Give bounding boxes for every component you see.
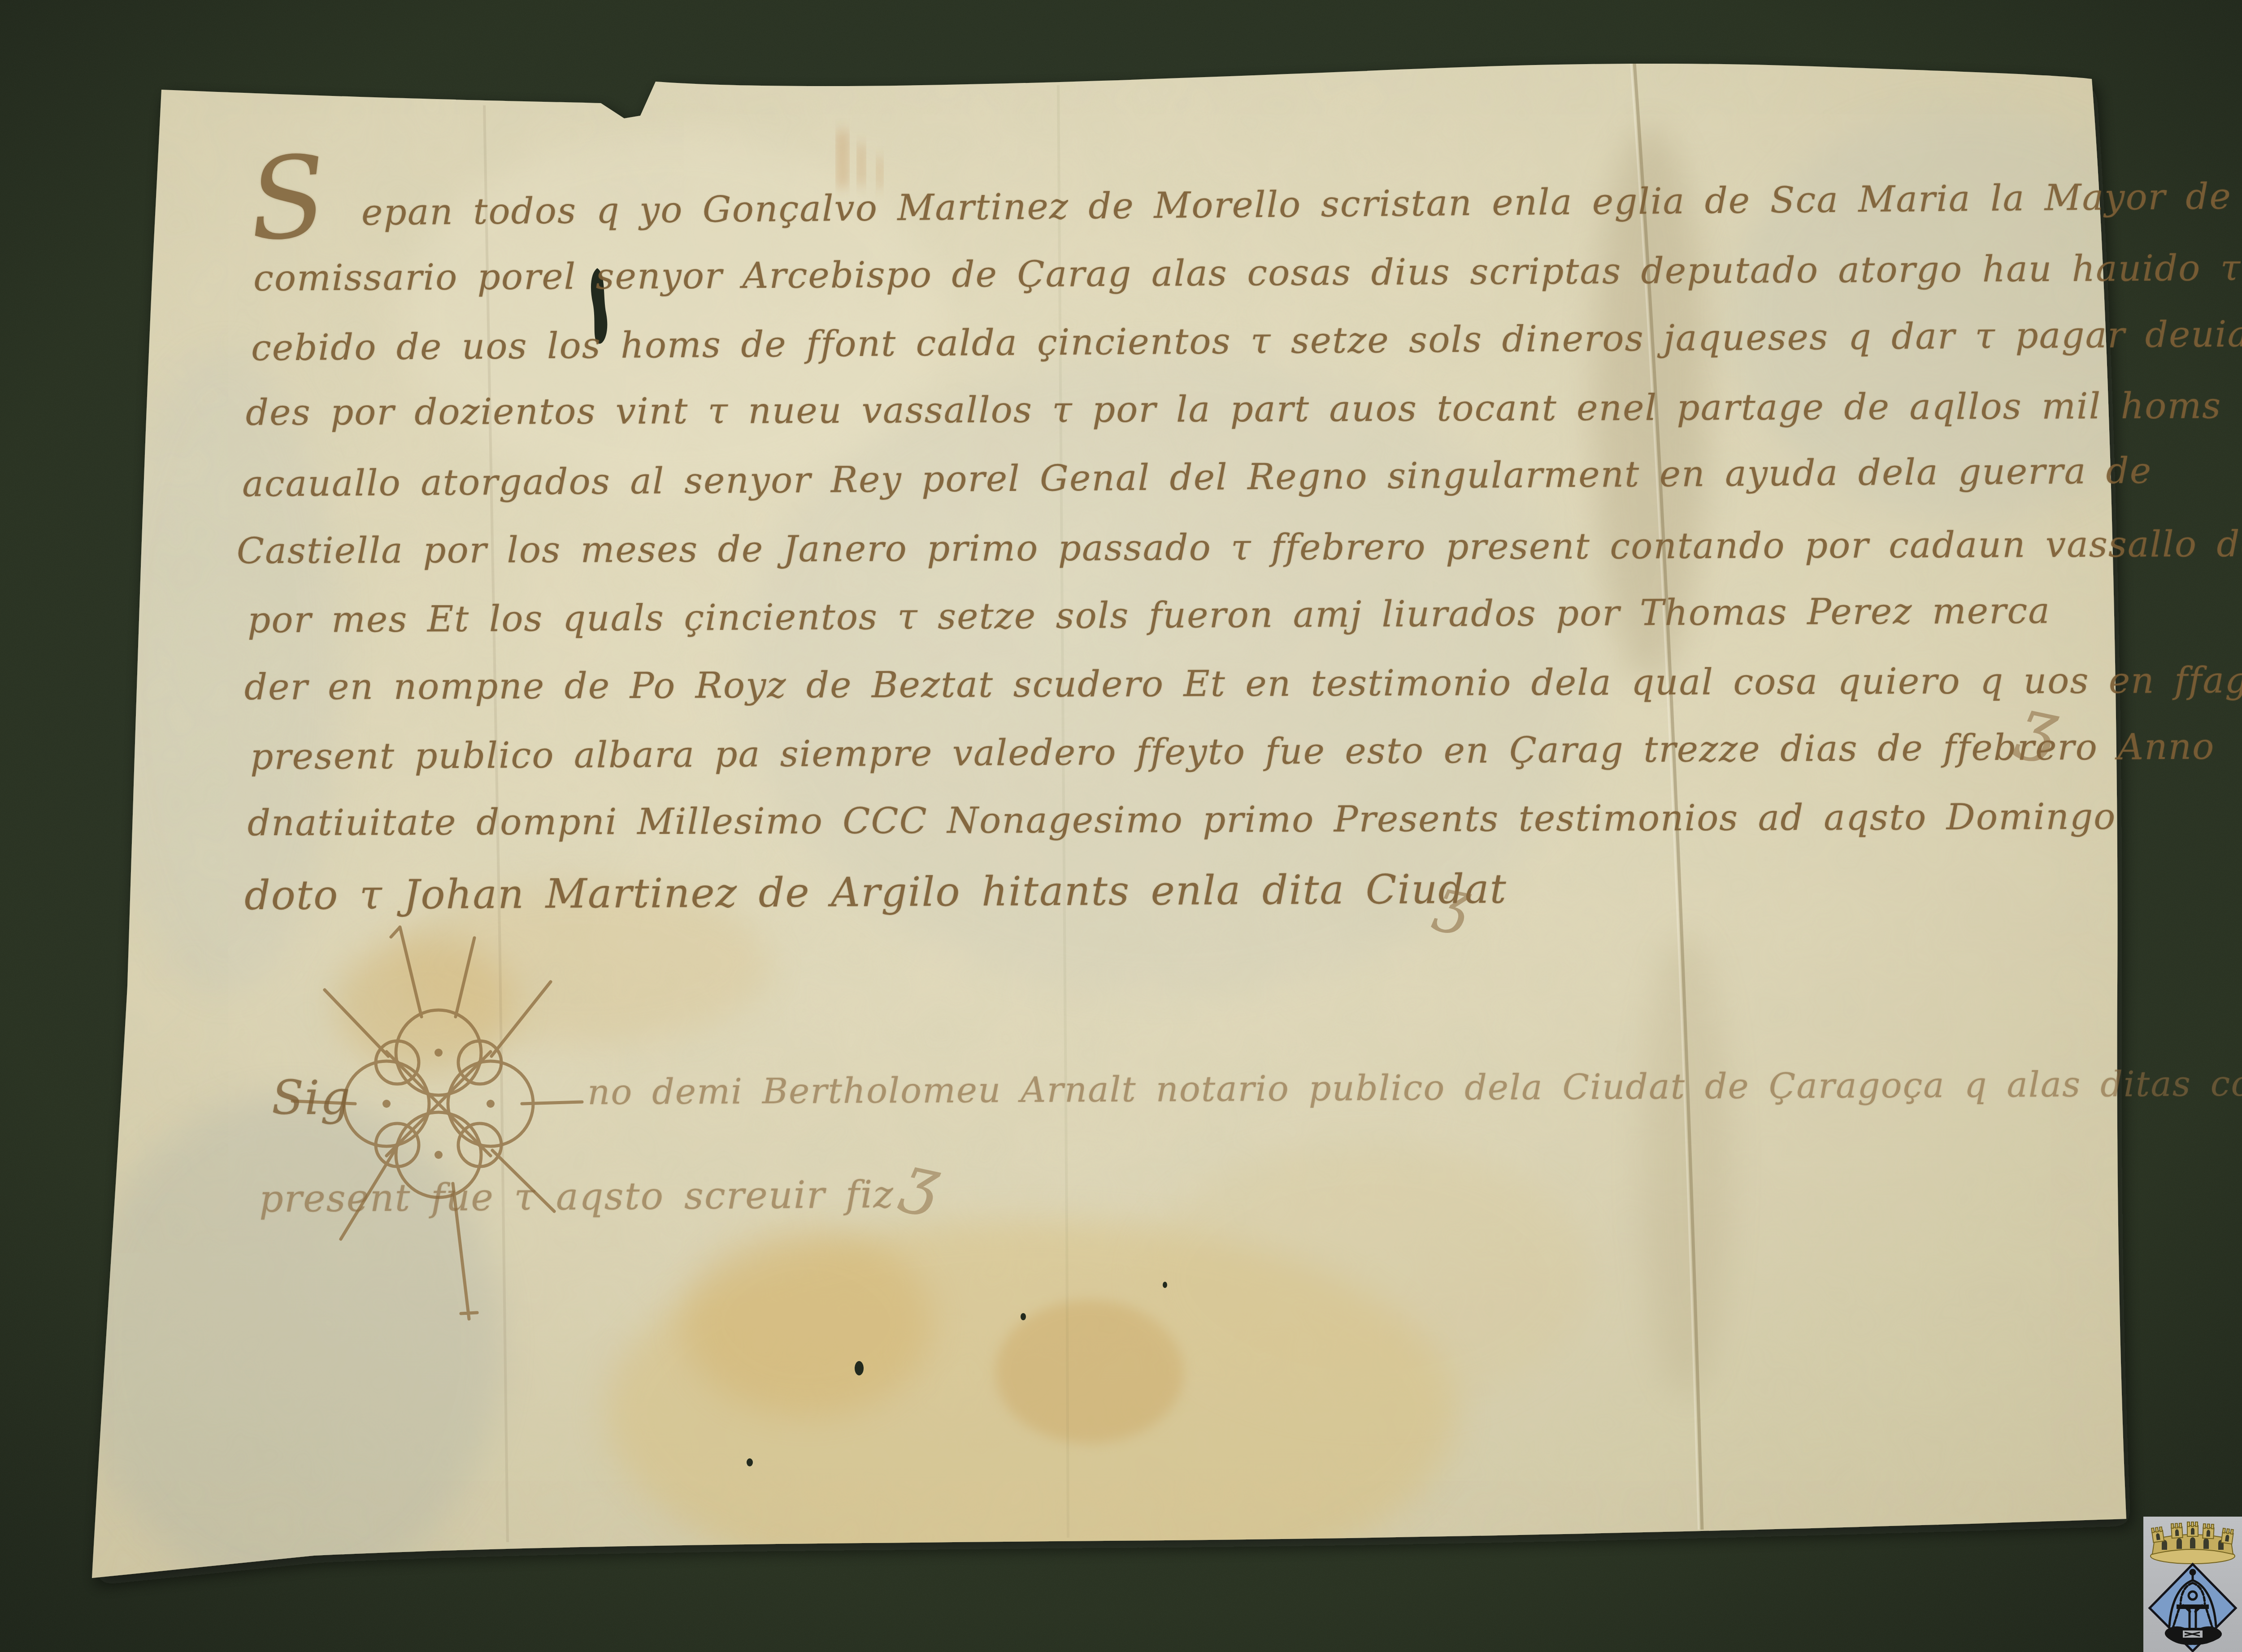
manuscript-line: dnatiuitate dompni Millesimo CCC Nonages… <box>248 796 2116 844</box>
photograph-of-charter: S epan todos q yo Gonçalvo Martinez de M… <box>0 0 2242 1652</box>
sig-word: Sig <box>272 1071 351 1125</box>
manuscript-line: des por dozientos vint τ nueu vassallos … <box>246 385 2222 433</box>
municipal-coat-of-arms <box>2143 1517 2242 1652</box>
notary-attestation-line: no demi Bertholomeu Arnalt notario publi… <box>587 1063 2242 1113</box>
manuscript-line: der en nompne de Po Royz de Beztat scude… <box>244 659 2242 708</box>
manuscript-line: Castiella por los meses de Janero primo … <box>237 523 2242 572</box>
notary-attestation-line: present fue τ aqsto screuir fiz <box>259 1172 894 1221</box>
manuscript-line: doto τ Johan Martinez de Argilo hitants … <box>244 866 1507 919</box>
initial-capital-S: S <box>245 140 330 257</box>
